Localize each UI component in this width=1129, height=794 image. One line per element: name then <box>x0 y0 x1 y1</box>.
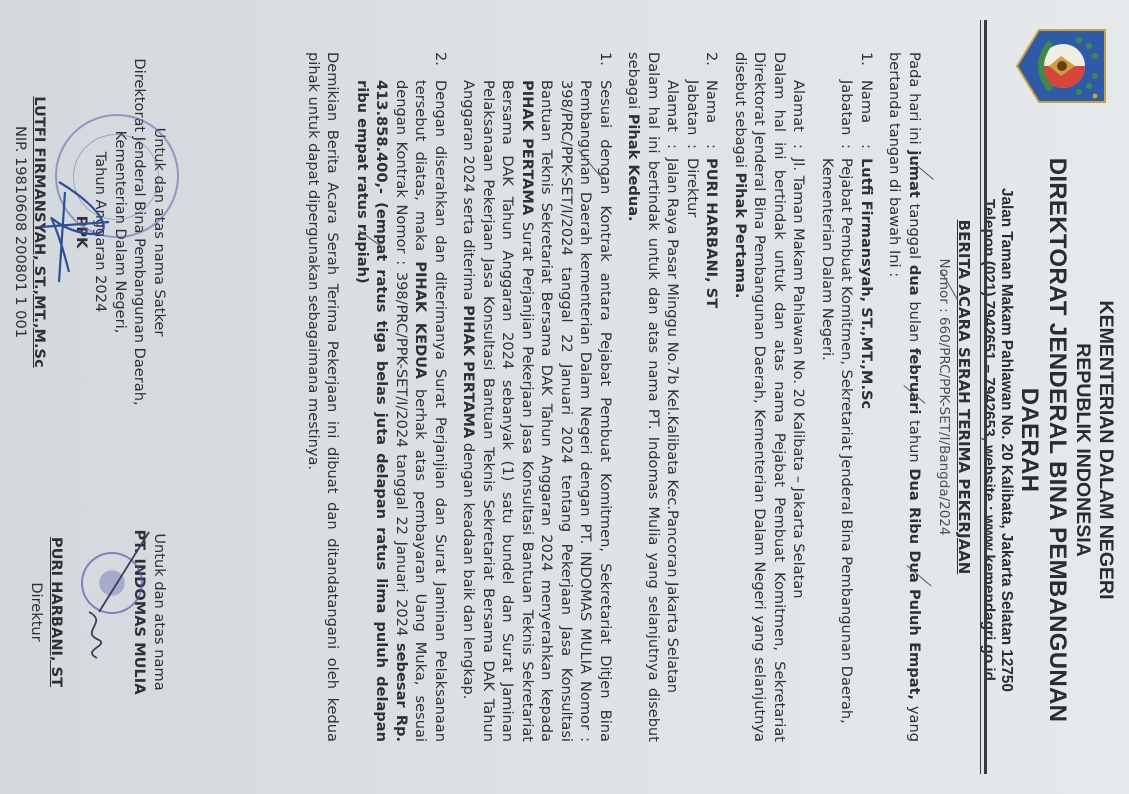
text: Dalam hal ini bertindak untuk dan atas n… <box>732 52 788 742</box>
letterhead: KEMENTERIAN DALAM NEGERI REPUBLIK INDONE… <box>979 0 1129 794</box>
clause-number: 1. <box>459 52 615 80</box>
signature-left-line: Untuk dan atas nama Satker <box>150 52 170 412</box>
party-1: 1. Nama : Lutfi Firmansyah, ST.,MT.,M.Sc… <box>731 52 877 742</box>
party-2-name: PURI HARBANI, ST <box>702 158 722 742</box>
party-number: 1. <box>857 52 877 80</box>
clause-number: 2. <box>353 52 451 80</box>
party-1-role: Dalam hal ini bertindak untuk dan atas n… <box>731 52 790 742</box>
letterhead-directorate: DIREKTORAT JENDERAL BINA PEMBANGUNAN DAE… <box>1015 120 1071 760</box>
document-heading: BERITA ACARA SERAH TERIMA PEKERJAAN <box>954 0 974 794</box>
signature-left: Untuk dan atas nama Satker Direktorat Je… <box>11 52 170 412</box>
name-label: Nama <box>857 80 877 144</box>
name-label: Nama <box>702 80 722 144</box>
handwritten-signature-icon <box>39 172 129 292</box>
emphasis: PIHAK PERTAMA <box>519 80 536 215</box>
party-1-name: Lutfi Firmansyah, ST.,MT.,M.Sc <box>857 158 877 742</box>
party-2-role: Dalam hal ini bertindak untuk dan atas n… <box>624 52 663 742</box>
text: tanggal <box>906 198 923 265</box>
letterhead-country: REPUBLIK INDONESIA <box>1071 140 1094 760</box>
signature-right-position: Direktur <box>27 482 47 742</box>
closing-paragraph: Demikian Berita Acara Serah Terima Peker… <box>304 52 343 742</box>
position-line-2: Kementerian Dalam Negeri. <box>819 158 836 361</box>
address-label: Alamat <box>789 80 809 144</box>
month: februari <box>906 348 923 414</box>
emphasis: PIHAK PERTAMA <box>461 305 478 438</box>
clause-1: 1. Sesuai dengan Kontrak antara Pejabat … <box>459 52 615 742</box>
party-2-position: Direktur <box>683 158 703 742</box>
document-body: Pada hari ini jumat tanggal dua bulan fe… <box>304 52 925 742</box>
party-2-address: Jalan Raya Pasar Minggu No.7b Kel.Kaliba… <box>663 158 683 742</box>
letterhead-divider-thin <box>980 20 981 774</box>
letterhead-address: Jalan Taman Makam Pahlawan No. 20 Kaliba… <box>997 120 1015 760</box>
document-title: BERITA ACARA SERAH TERIMA PEKERJAAN Nomo… <box>934 0 973 794</box>
address-label: Alamat <box>663 80 683 144</box>
day: jumat <box>906 150 923 197</box>
handwritten-signature-icon <box>59 522 159 672</box>
signature-right: Untuk dan atas nama PT. INDOMAS MULIA PU… <box>27 482 169 742</box>
text: dengan keadaan baik dan lengkap. <box>461 438 478 699</box>
party-1-address: Jl. Taman Makam Pahlawan No. 20 Kalibata… <box>789 158 809 742</box>
position-line-1: Pejabat Pembuat Komitmen, Sekretariat Je… <box>839 158 856 724</box>
year: Dua Ribu Dua Puluh Empat, <box>906 468 923 700</box>
party-2: 2. Nama : PURI HARBANI, ST Jabatan : Dir… <box>624 52 722 742</box>
document-number: Nomor : 660/PRC/PPK-SET/I/Bangda/2024 <box>934 0 954 794</box>
kemendagri-emblem-icon <box>1013 26 1109 106</box>
text: Sesuai dengan Kontrak antara Pejabat Pem… <box>539 80 615 742</box>
position-label: Jabatan <box>818 80 857 144</box>
party-2-role-name: Pihak Kedua. <box>626 114 643 222</box>
text: bulan <box>906 296 923 348</box>
party-1-position: Pejabat Pembuat Komitmen, Sekretariat Je… <box>818 158 857 742</box>
text: tahun <box>906 414 923 468</box>
scanned-document-page: KEMENTERIAN DALAM NEGERI REPUBLIK INDONE… <box>0 0 1129 794</box>
position-label: Jabatan <box>683 80 703 144</box>
signature-block: Untuk dan atas nama Satker Direktorat Je… <box>0 52 169 742</box>
letterhead-divider <box>984 20 987 774</box>
text: Pada hari ini <box>906 52 923 150</box>
letterhead-ministry: KEMENTERIAN DALAM NEGERI <box>1094 140 1117 760</box>
clause-2: 2. Dengan diserahkan dan diterimanya Sur… <box>353 52 451 742</box>
signature-left-nip: NIP. 19810608 200801 1 001 <box>11 52 31 412</box>
emphasis: PIHAK KEDUA <box>413 261 430 379</box>
party-1-role-name: Pihak Pertama. <box>732 172 749 298</box>
letterhead-contact: Telepon (021) 7942651 – 7942653, website… <box>979 120 997 760</box>
party-number: 2. <box>702 52 722 80</box>
date: dua <box>906 265 923 296</box>
